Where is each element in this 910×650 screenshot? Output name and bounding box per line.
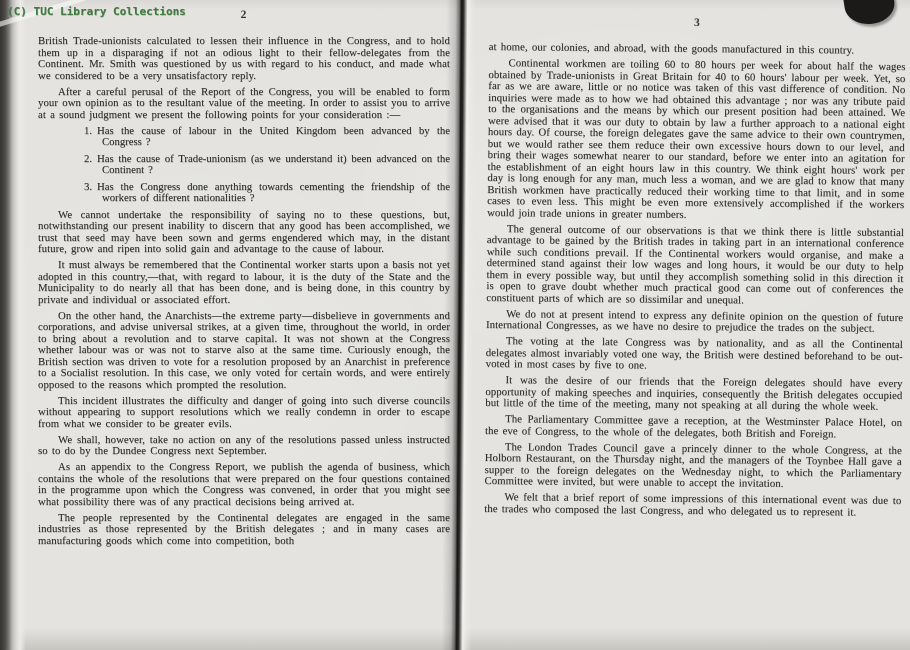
paragraph: We felt that a brief report of some impr… [484, 492, 901, 519]
question-number: 2. [84, 153, 97, 165]
paragraph: The voting at the late Congress was by n… [486, 336, 903, 375]
question-list: 1.Has the cause of labour in the United … [38, 126, 450, 205]
paragraph: This incident illustrates the difficulty… [38, 396, 450, 431]
paragraph: As an appendix to the Congress Report, w… [38, 462, 450, 508]
page-right: 3 at home, our colonies, and abroad, wit… [484, 15, 906, 523]
page-number-right: 3 [489, 15, 906, 31]
paragraph: at home, our colonies, and abroad, with … [489, 42, 906, 58]
page-number-left: 2 [38, 9, 450, 21]
question-text: Has the cause of labour in the United Ki… [97, 125, 450, 149]
question-number: 3. [84, 181, 97, 193]
question-text: Has the cause of Trade-unionism (as we u… [97, 153, 450, 177]
paragraph: We shall, however, take no action on any… [38, 435, 450, 458]
scanned-book-spread: (C) TUC Library Collections 2 British Tr… [0, 0, 910, 650]
paragraph: It must always be remembered that the Co… [38, 260, 450, 306]
question-item: 1.Has the cause of labour in the United … [84, 126, 450, 149]
question-text: Has the Congress done anything towards c… [97, 181, 450, 205]
paragraph: After a careful perusal of the Report of… [38, 87, 450, 122]
paragraph: The London Trades Council gave a princel… [484, 441, 901, 491]
paragraph: The people represented by the Continenta… [38, 513, 450, 548]
book-left-edge [0, 0, 26, 650]
paragraph: Continental workmen are toiling 60 to 80… [487, 58, 906, 223]
paragraph: We cannot undertake the responsibility o… [38, 210, 450, 256]
paragraph: We do not at present intend to express a… [486, 308, 903, 335]
question-item: 2.Has the cause of Trade-unionism (as we… [84, 154, 450, 177]
question-number: 1. [84, 125, 97, 137]
paragraph: On the other hand, the Anarchists—the ex… [38, 311, 450, 392]
paragraph: The Parliamentary Committee gave a recep… [485, 414, 902, 441]
paragraph: The general outcome of our observations … [486, 223, 904, 307]
page-left: 2 British Trade-unionists calculated to … [38, 9, 450, 552]
question-item: 3.Has the Congress done anything towards… [84, 182, 450, 205]
paragraph: It was the desire of our friends that th… [485, 375, 902, 414]
paragraph: British Trade-unionists calculated to le… [38, 36, 450, 82]
